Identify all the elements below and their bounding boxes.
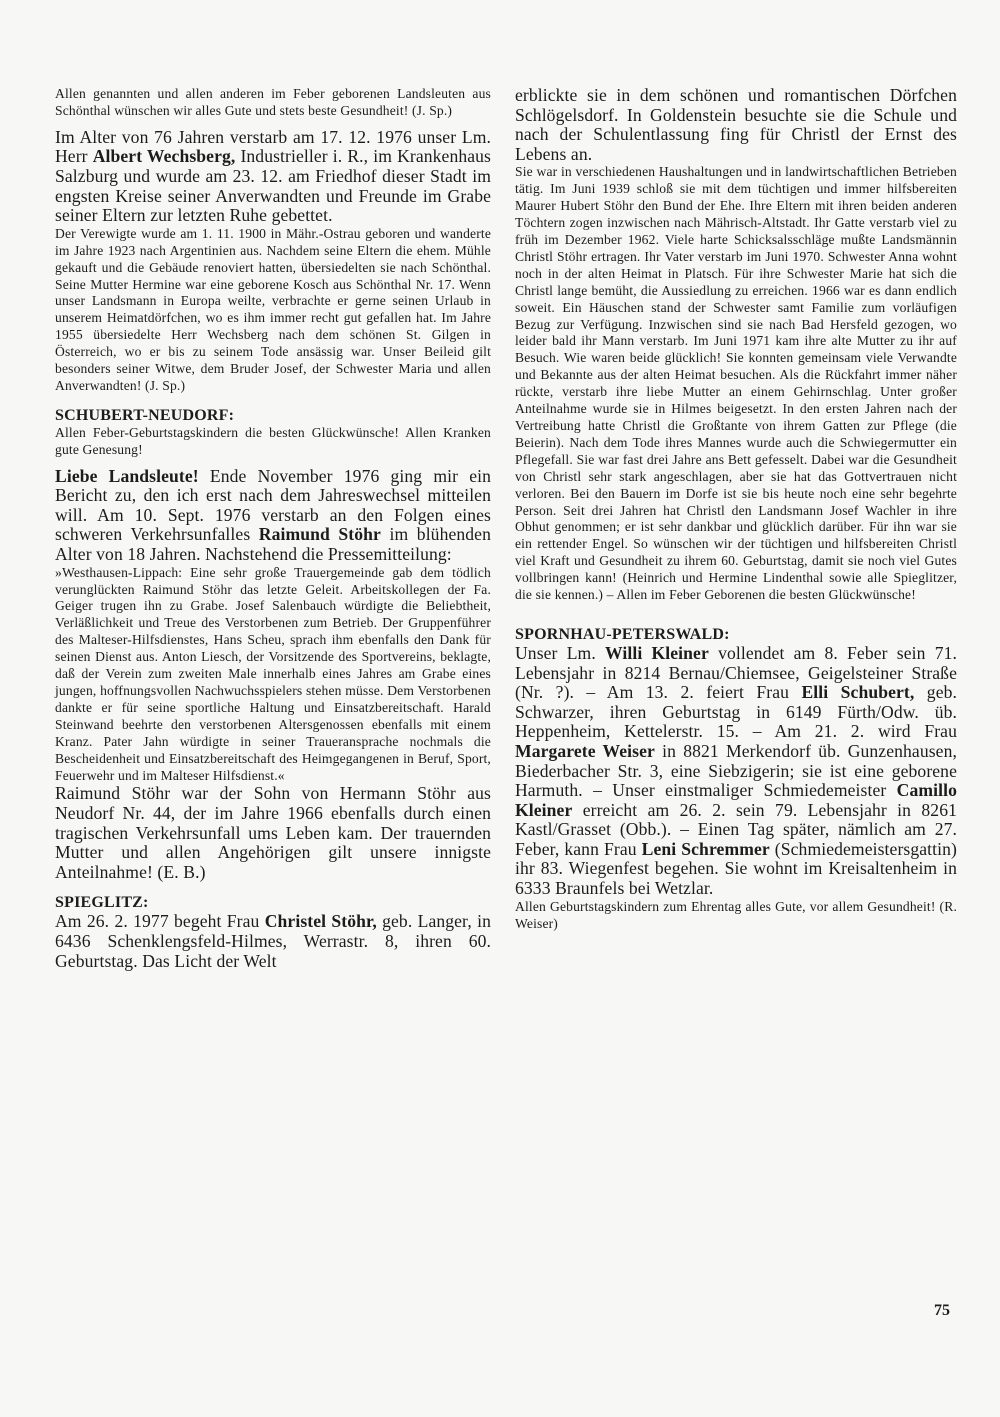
- person-name: Margarete Weiser: [515, 741, 655, 761]
- report-raimund-stoehr-closing: Raimund Stöhr war der Sohn von Hermann S…: [55, 784, 491, 882]
- press-release-quote: »Westhausen-Lippach: Eine sehr große Tra…: [55, 565, 491, 785]
- person-name: Raimund Stöhr: [259, 524, 381, 544]
- birthdays-spornhau-peterswald: Unser Lm. Willi Kleiner vollendet am 8. …: [515, 644, 957, 899]
- birthday-greeting-schoenthal: Allen genannten und allen anderen im Feb…: [55, 86, 491, 120]
- closing-greeting-weiser: Allen Geburtstagskindern zum Ehrentag al…: [515, 899, 957, 933]
- birthday-christel-stoehr-continued: erblickte sie in dem schönen und romanti…: [515, 86, 957, 164]
- page-number: 75: [934, 1302, 950, 1320]
- obituary-wechsberg-body: Der Verewigte wurde am 1. 11. 1900 in Mä…: [55, 226, 491, 395]
- section-heading-spieglitz: SPIEGLITZ:: [55, 894, 491, 912]
- person-name: Albert Wechsberg,: [93, 146, 236, 166]
- person-name: Willi Kleiner: [605, 643, 709, 663]
- obituary-wechsberg-intro: Im Alter von 76 Jahren verstarb am 17. 1…: [55, 128, 491, 226]
- birthday-christel-stoehr-intro: Am 26. 2. 1977 begeht Frau Christel Stöh…: [55, 912, 491, 971]
- birthday-christel-stoehr-body: Sie war in verschiedenen Haushaltungen u…: [515, 164, 957, 604]
- person-name: Elli Schubert,: [801, 682, 914, 702]
- left-column: Allen genannten und allen anderen im Feb…: [55, 86, 491, 971]
- right-column: erblickte sie in dem schönen und romanti…: [515, 86, 957, 932]
- section-heading-spornhau-peterswald: SPORNHAU-PETERSWALD:: [515, 626, 957, 644]
- person-name: Christel Stöhr,: [265, 911, 377, 931]
- section-heading-schubert-neudorf: SCHUBERT-NEUDORF:: [55, 407, 491, 425]
- person-name: Leni Schremmer: [642, 839, 770, 859]
- greeting-schubert-neudorf: Allen Feber-Geburtstagskindern die beste…: [55, 425, 491, 459]
- report-raimund-stoehr-intro: Liebe Landsleute! Ende November 1976 gin…: [55, 467, 491, 565]
